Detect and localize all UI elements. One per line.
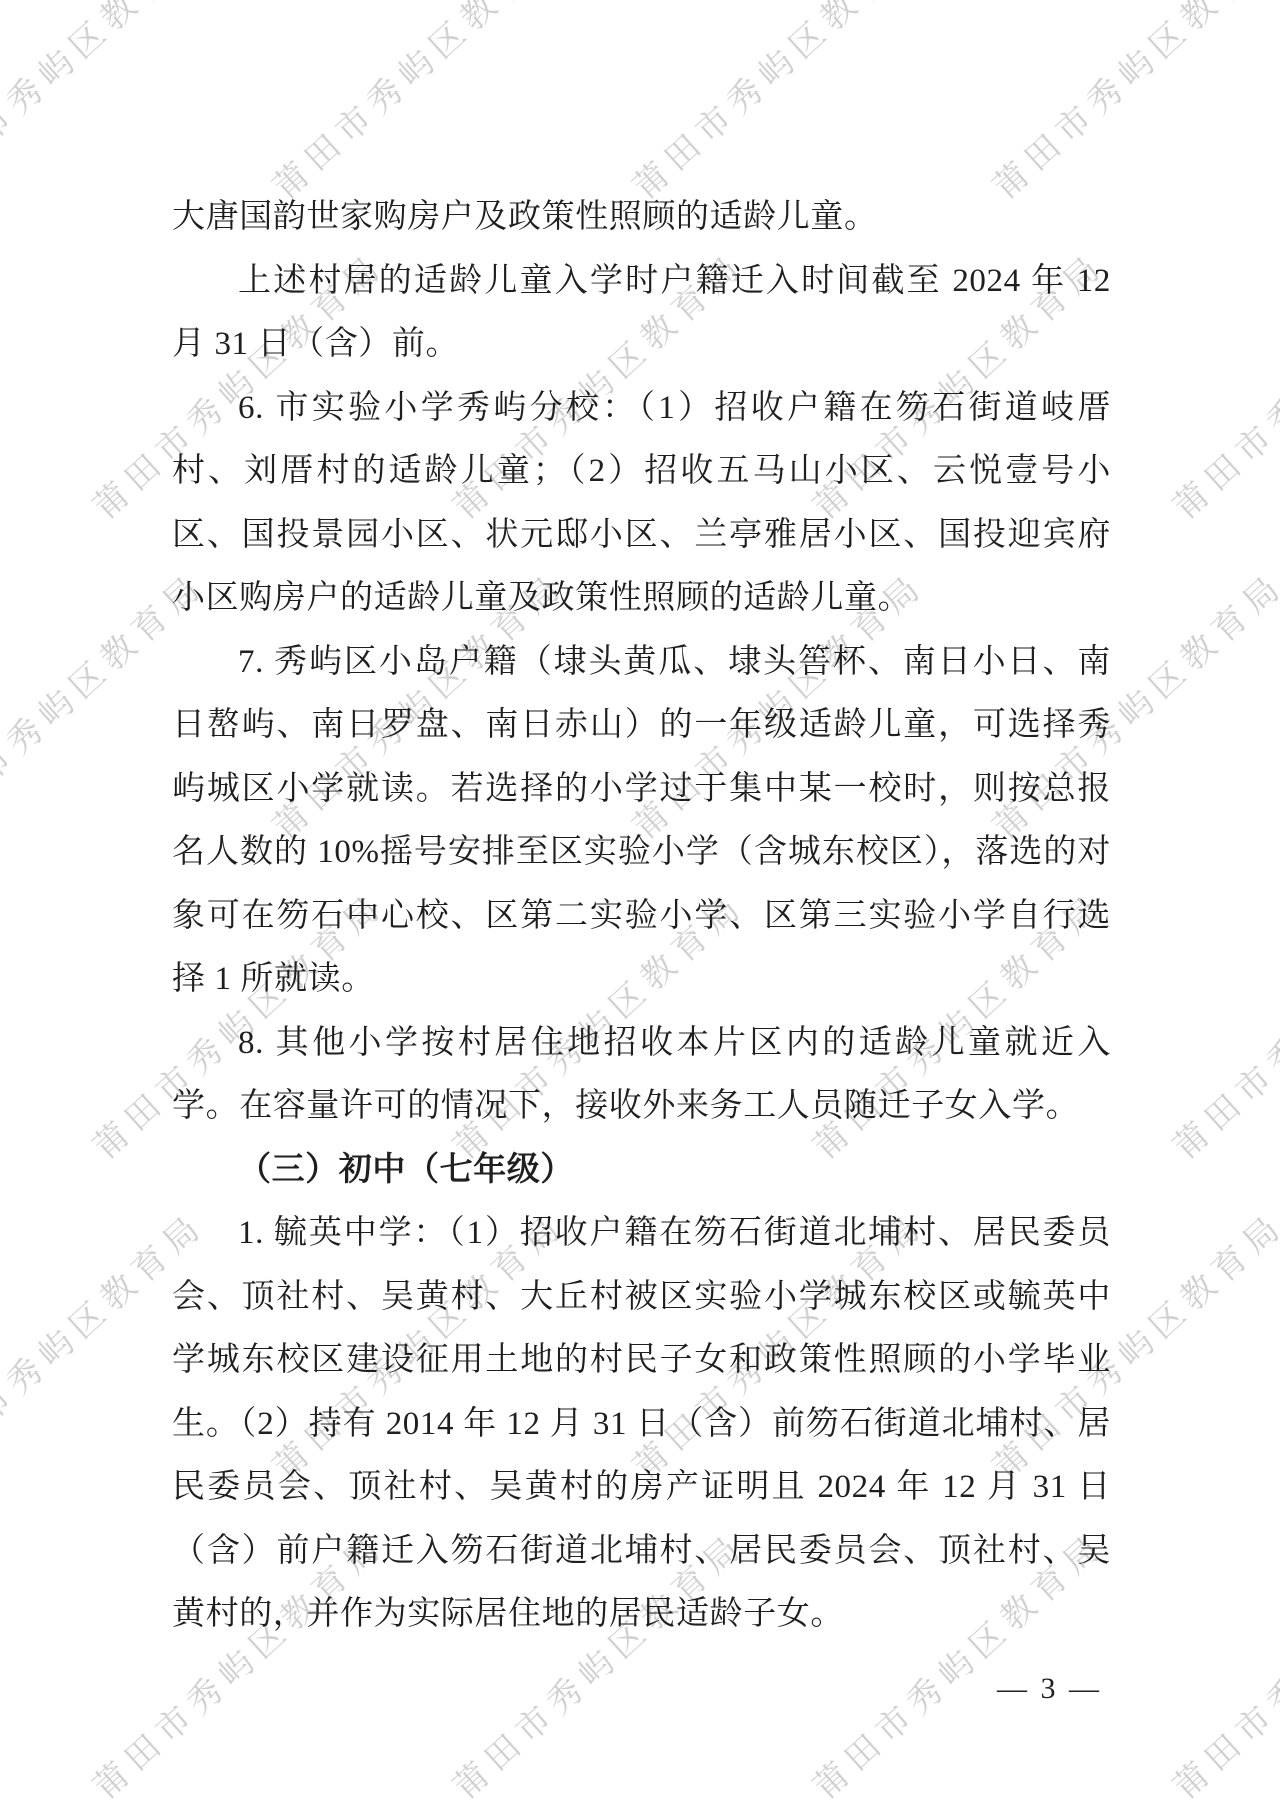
document-body: 大唐国韵世家购房户及政策性照顾的适龄儿童。上述村居的适龄儿童入学时户籍迁入时间截…: [172, 186, 1111, 1647]
paragraph: 7. 秀屿区小岛户籍（埭头黄瓜、埭头筶杯、南日小日、南日嶅屿、南日罗盘、南日赤山…: [172, 631, 1111, 1012]
watermark-text: 莆田市秀屿区教育局: [1160, 879, 1280, 1168]
watermark-text: 莆田市秀屿区教育局: [1160, 1519, 1280, 1808]
watermark-text: 莆田市秀屿区教育局: [1160, 239, 1280, 528]
page-number: — 3 —: [997, 1672, 1102, 1706]
paragraph: 上述村居的适龄儿童入学时户籍迁入时间截至 2024 年 12 月 31 日（含）…: [172, 250, 1111, 377]
watermark-text: 莆田市秀屿区教育局: [260, 0, 574, 208]
paragraph: 8. 其他小学按村居住地招收本片区内的适龄儿童就近入学。在容量许可的情况下，接收…: [172, 1012, 1111, 1139]
section-heading: （三）初中（七年级）: [172, 1139, 1111, 1203]
document-page: 莆田市秀屿区教育局莆田市秀屿区教育局莆田市秀屿区教育局莆田市秀屿区教育局莆田市秀…: [0, 0, 1280, 1810]
watermark-text: 莆田市秀屿区教育局: [0, 0, 214, 208]
watermark-text: 莆田市秀屿区教育局: [980, 0, 1280, 208]
paragraph: 6. 市实验小学秀屿分校：（1）招收户籍在笏石街道岐厝村、刘厝村的适龄儿童；（2…: [172, 377, 1111, 631]
watermark-text: 莆田市秀屿区教育局: [620, 0, 934, 208]
paragraph: 1. 毓英中学：（1）招收户籍在笏石街道北埔村、居民委员会、顶社村、吴黄村、大丘…: [172, 1202, 1111, 1647]
paragraph: 大唐国韵世家购房户及政策性照顾的适龄儿童。: [172, 186, 1111, 250]
